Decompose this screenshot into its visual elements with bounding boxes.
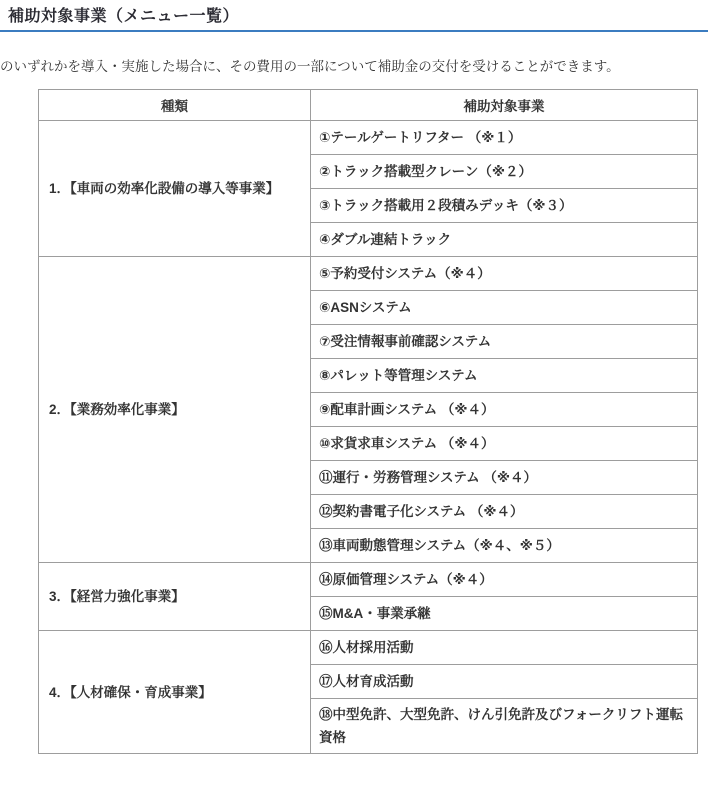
table-row: 2．【業務効率化事業】 ⑤予約受付システム（※４） [39,257,698,291]
subsidy-menu-table: 種類 補助対象事業 1．【車両の効率化設備の導入等事業】 ①テールゲートリフター… [38,89,698,754]
item-cell-10: ⑩求貨求車システム （※４） [311,427,698,461]
item-cell-5: ⑤予約受付システム（※４） [311,257,698,291]
table-row: 4．【人材確保・育成事業】 ⑯人材採用活動 [39,631,698,665]
category-cell-human-resources: 4．【人材確保・育成事業】 [39,631,311,754]
item-cell-14: ⑭原価管理システム（※４） [311,563,698,597]
intro-text: のいずれかを導入・実施した場合に、その費用の一部について補助金の交付を受けること… [0,58,708,76]
item-cell-18: ⑱中型免許、大型免許、けん引免許及びフォークリフト運転資格 [311,699,698,754]
item-cell-2: ②トラック搭載型クレーン（※２） [311,155,698,189]
category-cell-management-strength: 3．【経営力強化事業】 [39,563,311,631]
table-row: 3．【経営力強化事業】 ⑭原価管理システム（※４） [39,563,698,597]
column-header-subsidy-target: 補助対象事業 [311,90,698,121]
category-cell-work-efficiency: 2．【業務効率化事業】 [39,257,311,563]
item-cell-11: ⑪運行・労務管理システム （※４） [311,461,698,495]
item-cell-9: ⑨配車計画システム （※４） [311,393,698,427]
item-cell-6: ⑥ASNシステム [311,291,698,325]
item-cell-8: ⑧パレット等管理システム [311,359,698,393]
item-cell-7: ⑦受注情報事前確認システム [311,325,698,359]
page: 補助対象事業（メニュー一覧） のいずれかを導入・実施した場合に、その費用の一部に… [0,0,708,791]
item-cell-3: ③トラック搭載用２段積みデッキ（※３） [311,189,698,223]
table-header-row: 種類 補助対象事業 [39,90,698,121]
category-cell-vehicle-efficiency: 1．【車両の効率化設備の導入等事業】 [39,121,311,257]
column-header-type: 種類 [39,90,311,121]
item-cell-15: ⑮M&A・事業承継 [311,597,698,631]
item-cell-1: ①テールゲートリフター （※１） [311,121,698,155]
item-cell-4: ④ダブル連結トラック [311,223,698,257]
page-title: 補助対象事業（メニュー一覧） [0,0,708,27]
item-cell-17: ⑰人材育成活動 [311,665,698,699]
table-row: 1．【車両の効率化設備の導入等事業】 ①テールゲートリフター （※１） [39,121,698,155]
title-underline [0,30,708,32]
item-cell-13: ⑬車両動態管理システム（※４、※５） [311,529,698,563]
item-cell-16: ⑯人材採用活動 [311,631,698,665]
item-cell-12: ⑫契約書電子化システム （※４） [311,495,698,529]
